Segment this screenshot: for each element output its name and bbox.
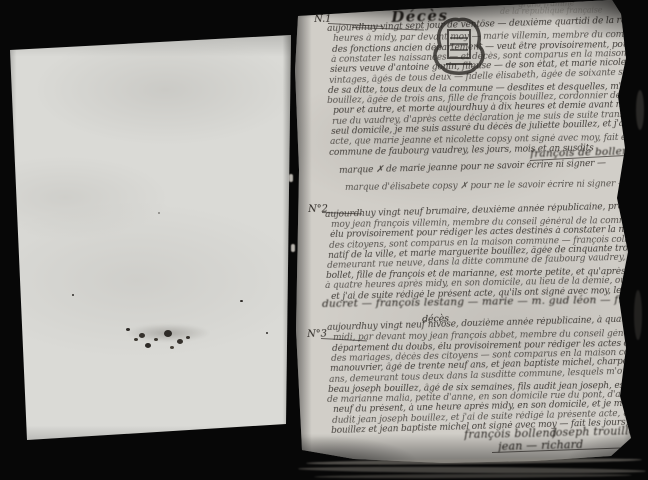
gutter-highlight	[291, 244, 295, 252]
page-edge-shading	[8, 32, 294, 446]
ink-speck	[158, 212, 160, 214]
manuscript-line: marque ✗ de marie jeanne pour ne savoir …	[339, 158, 635, 176]
entry-number: décès	[422, 313, 449, 325]
revenue-stamp-icon	[428, 12, 490, 80]
ink-speck	[240, 300, 243, 302]
entry-number: N°2	[308, 204, 328, 215]
ink-stains	[126, 328, 130, 331]
signature: joseph trouillet	[552, 424, 640, 439]
register-scan-photo: aujourdhuy vingt sept jour de ventôse — …	[0, 0, 648, 480]
manuscript-line: marque d'élisabete copsy ✗ pour ne le sa…	[345, 178, 641, 192]
left-page-blank	[8, 32, 294, 446]
right-page-manuscript: aujourdhuy vingt sept jour de ventôse — …	[294, 0, 648, 466]
faint-corner-line: de la république française	[500, 6, 602, 16]
ink-smear	[108, 320, 228, 346]
ink-speck	[266, 332, 268, 334]
gutter-highlight	[289, 174, 293, 182]
ink-speck	[72, 294, 74, 296]
